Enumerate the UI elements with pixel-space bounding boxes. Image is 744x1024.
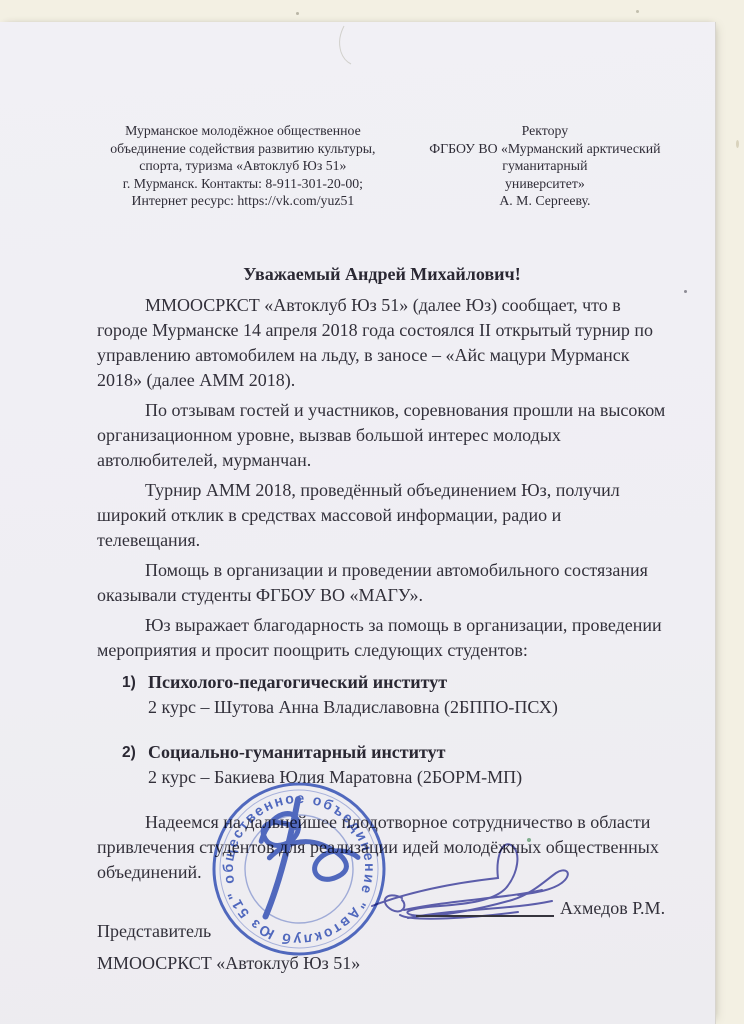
sender-line: спорта, туризма «Автоклуб Юз 51»	[97, 157, 389, 175]
letterhead: Мурманское молодёжное общественное объед…	[97, 122, 701, 210]
recipient-line: Ректору	[389, 122, 701, 140]
salutation: Уважаемый Андрей Михайлович!	[97, 262, 667, 287]
paragraph: Турнир АММ 2018, проведённый объединение…	[97, 478, 667, 553]
paragraph: Помощь в организации и проведении автомо…	[97, 558, 667, 608]
sender-block: Мурманское молодёжное общественное объед…	[97, 122, 389, 210]
recipient-name: А. М. Сергееву.	[389, 192, 701, 210]
sender-line: объединение содействия развитию культуры…	[97, 140, 389, 158]
list-item-number: 1)	[122, 670, 148, 720]
institute-title: Социально-гуманитарный институт	[148, 740, 522, 765]
paragraph: ММООСРКСТ «Автоклуб Юз 51» (далее Юз) со…	[97, 293, 667, 393]
paragraph: Юз выражает благодарность за помощь в ор…	[97, 613, 667, 663]
scan-speck	[296, 12, 299, 15]
paragraph: По отзывам гостей и участников, соревнов…	[97, 398, 667, 473]
scan-speck	[684, 290, 687, 293]
signatory-name: Ахмедов Р.М.	[560, 896, 665, 921]
institute-title: Психолого-педагогический институт	[148, 670, 558, 695]
sender-phone: г. Мурманск. Контакты: 8-911-301-20-00;	[97, 175, 389, 193]
signature-role-line: ММООСРКСТ «Автоклуб Юз 51»	[97, 947, 667, 979]
list-item: 2) Социально-гуманитарный институт 2 кур…	[122, 740, 667, 790]
letter-page: Мурманское молодёжное общественное объед…	[0, 22, 716, 1024]
recipient-block: Ректору ФГБОУ ВО «Мурманский арктический…	[389, 122, 701, 210]
sender-url: Интернет ресурс: https://vk.com/yuz51	[97, 192, 389, 210]
scan-speck	[636, 10, 639, 13]
recipient-line: университет»	[389, 175, 701, 193]
list-item-number: 2)	[122, 740, 148, 790]
recipient-line: ФГБОУ ВО «Мурманский арктический гуманит…	[389, 140, 701, 175]
scan-speck	[527, 838, 531, 842]
students-list: 1) Психолого-педагогический институт 2 к…	[122, 670, 667, 790]
list-item: 1) Психолого-педагогический институт 2 к…	[122, 670, 667, 720]
student-detail: 2 курс – Шутова Анна Владиславовна (2БПП…	[148, 695, 558, 720]
sender-line: Мурманское молодёжное общественное	[97, 122, 389, 140]
scan-speck	[736, 140, 739, 148]
scanned-letter: { "colors": { "paper": "#f0eff3", "scann…	[0, 0, 744, 1024]
letter-body: ММООСРКСТ «Автоклуб Юз 51» (далее Юз) со…	[97, 293, 667, 885]
signature-underline	[416, 915, 554, 917]
scan-artifact	[332, 24, 356, 68]
